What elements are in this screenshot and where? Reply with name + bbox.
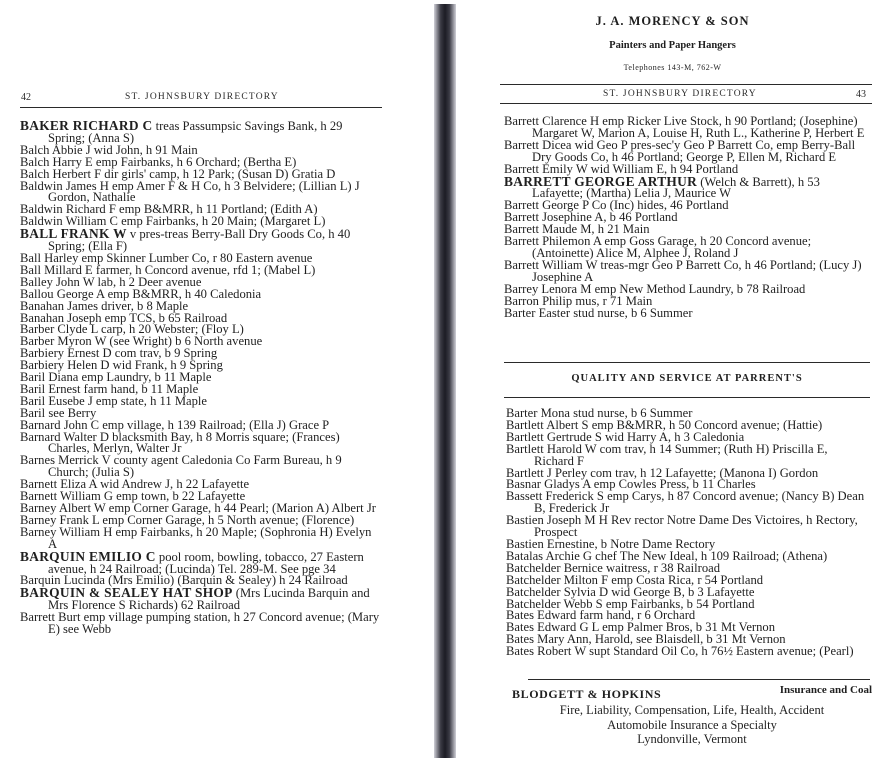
entry-name: Barney William H <box>20 525 112 539</box>
book-gutter <box>434 4 456 758</box>
ad-rule <box>528 679 870 680</box>
directory-entry: BAKER RICHARD C treas Passumpsic Savings… <box>20 120 382 145</box>
right-page: J. A. MORENCY & SON Painters and Paper H… <box>458 0 887 770</box>
ad-business-type: Insurance and Coal <box>780 684 872 696</box>
running-head: ST. JOHNSBURY DIRECTORY <box>125 92 279 102</box>
entry-details: stud nurse, b 6 Summer <box>570 306 692 320</box>
directory-entry: Bartlett Harold W com trav, h 14 Summer;… <box>506 444 870 468</box>
directory-entry: Barrett Clarence H emp Ricker Live Stock… <box>504 116 870 140</box>
header-rule-bottom <box>500 103 872 104</box>
left-page: 42 ST. JOHNSBURY DIRECTORY BAKER RICHARD… <box>0 0 430 770</box>
ad-blodgett-hopkins: BLODGETT & HOPKINS Insurance and Coal Fi… <box>512 687 872 747</box>
ad-morency-title: J. A. MORENCY & SON <box>458 14 887 29</box>
banner-rule-top <box>504 362 870 363</box>
running-head: ST. JOHNSBURY DIRECTORY <box>603 89 757 99</box>
directory-entry: Bates Robert W supt Standard Oil Co, h 7… <box>506 646 870 658</box>
entry-details: emp state, h 11 Maple <box>93 394 207 408</box>
directory-entry: Barnes Merrick V county agent Caledonia … <box>20 455 382 479</box>
ad-line-3: Lyndonville, Vermont <box>512 732 872 747</box>
banner-rule-bottom <box>504 397 870 398</box>
directory-entry: BALL FRANK W v pres-treas Berry-Ball Dry… <box>20 228 382 253</box>
ad-morency-telephones: Telephones 143-M, 762-W <box>458 63 887 72</box>
directory-entry: Bastien Joseph M H Rev rector Notre Dame… <box>506 515 870 539</box>
directory-entry: BARQUIN & SEALEY HAT SHOP (Mrs Lucinda B… <box>20 587 382 612</box>
ad-line-1: Fire, Liability, Compensation, Life, Hea… <box>512 703 872 718</box>
directory-entry: Baldwin James H emp Amer F & H Co, h 3 B… <box>20 181 382 205</box>
entry-details: emp village pumping station, h 27 Concor… <box>48 610 379 636</box>
header-rule <box>20 107 382 108</box>
page-number: 42 <box>21 92 31 103</box>
directory-entry: BARRETT GEORGE ARTHUR (Welch & Barrett),… <box>504 176 870 201</box>
header-rule-top <box>500 84 872 85</box>
entry-name: Barter Easter <box>504 306 570 320</box>
entry-details: supt Standard Oil Co, h 76½ Eastern aven… <box>586 644 854 658</box>
page-number: 43 <box>856 89 866 100</box>
directory-entries: BAKER RICHARD C treas Passumpsic Savings… <box>20 120 382 636</box>
directory-entry: Barrett Dicea wid Geo P pres-sec'y Geo P… <box>504 140 870 164</box>
directory-entries-bottom: Barter Mona stud nurse, b 6 SummerBartle… <box>506 408 870 658</box>
directory-entry: Bassett Frederick S emp Carys, h 87 Conc… <box>506 491 870 515</box>
entry-name: Bates Robert W <box>506 644 586 658</box>
directory-entry: Barrett Burt emp village pumping station… <box>20 612 382 636</box>
ad-line-2: Automobile Insurance a Specialty <box>512 718 872 733</box>
directory-entry: BARQUIN EMILIO C pool room, bowling, tob… <box>20 551 382 576</box>
ad-morency-subtitle: Painters and Paper Hangers <box>458 40 887 51</box>
parrents-banner: QUALITY AND SERVICE AT PARRENT'S <box>504 373 870 384</box>
directory-entry: Barrett Philemon A emp Goss Garage, h 20… <box>504 236 870 260</box>
directory-entry: Barrett William W treas-mgr Geo P Barret… <box>504 260 870 284</box>
directory-entry: Barnard Walter D blacksmith Bay, h 8 Mor… <box>20 432 382 456</box>
ad-firm-name: BLODGETT & HOPKINS <box>512 687 661 702</box>
directory-entry: Barter Easter stud nurse, b 6 Summer <box>504 308 870 320</box>
directory-entries-top: Barrett Clarence H emp Ricker Live Stock… <box>504 116 870 319</box>
directory-entry: Barney William H emp Fairbanks, h 20 Map… <box>20 527 382 551</box>
entry-details: wid Geo P pres-sec'y Geo P Barrett Co, e… <box>532 138 855 164</box>
